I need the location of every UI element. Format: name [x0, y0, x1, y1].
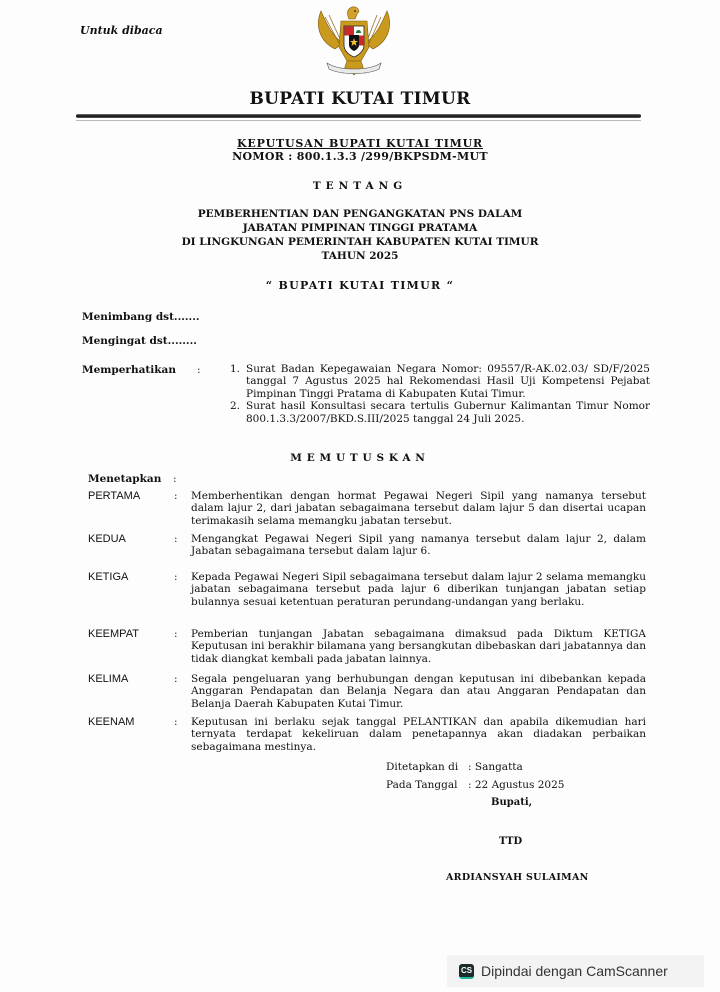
about-heading: TENTANG [0, 180, 720, 192]
signature-ttd: TTD [499, 836, 522, 847]
noting-item: 1. Surat Badan Kepegawaian Negara Nomor:… [230, 363, 650, 400]
considering-label: Menimbang dst....... [82, 311, 200, 323]
header-divider [76, 114, 641, 118]
signatory-name: ARDIANSYAH SULAIMAN [446, 872, 589, 883]
article-text: Segala pengeluaran yang berhubungan deng… [191, 673, 646, 710]
subject-line: TAHUN 2025 [0, 249, 720, 263]
article-text: Memberhentikan dengan hormat Pegawai Neg… [191, 490, 646, 527]
signing-place: Ditetapkan di: Sangatta [386, 761, 523, 773]
article-colon: : [174, 716, 178, 728]
noting-list: 1. Surat Badan Kepegawaian Negara Nomor:… [230, 363, 650, 425]
article-colon: : [174, 571, 178, 583]
article-label: KEDUA [88, 533, 126, 545]
article-colon: : [174, 490, 178, 502]
garuda-emblem-icon [313, 3, 395, 81]
signing-place-label: Ditetapkan di [386, 761, 468, 773]
signing-place-value: : Sangatta [468, 761, 523, 773]
noting-item-number: 2. [230, 400, 246, 425]
decision-subject: PEMBERHENTIAN DAN PENGANGKATAN PNS DALAM… [0, 207, 720, 263]
subject-line: JABATAN PIMPINAN TINGGI PRATAMA [0, 221, 720, 235]
header-divider-thin [76, 120, 641, 121]
signing-date: Pada Tanggal: 22 Agustus 2025 [386, 779, 564, 791]
scanned-document-page: Untuk dibaca BUPATI KUTAI TIMUR KEPUTUSA… [0, 0, 720, 992]
signing-date-label: Pada Tanggal [386, 779, 468, 791]
subject-line: DI LINGKUNGAN PEMERINTAH KABUPATEN KUTAI… [0, 235, 720, 249]
camscanner-label: Dipindai dengan CamScanner [481, 963, 668, 979]
camscanner-watermark: CS Dipindai dengan CamScanner [447, 955, 704, 987]
article-label: PERTAMA [88, 490, 140, 502]
article-label: KEEMPAT [88, 628, 139, 640]
decision-title: KEPUTUSAN BUPATI KUTAI TIMUR [0, 137, 720, 150]
article-text: Pemberian tunjangan Jabatan sebagaimana … [191, 628, 646, 665]
noting-item-number: 1. [230, 363, 246, 400]
noting-item-text: Surat hasil Konsultasi secara tertulis G… [246, 400, 650, 425]
article-colon: : [174, 673, 178, 685]
decide-heading: MEMUTUSKAN [0, 452, 720, 464]
noting-colon: : [197, 364, 201, 376]
signatory-role: Bupati, [491, 797, 532, 808]
stipulate-colon: : [173, 473, 177, 485]
article-text: Mengangkat Pegawai Negeri Sipil yang nam… [191, 533, 646, 558]
article-label: KEENAM [88, 716, 134, 728]
camscanner-logo-icon: CS [459, 964, 474, 979]
article-text: Kepada Pegawai Negeri Sipil sebagaimana … [191, 571, 646, 608]
noting-item: 2. Surat hasil Konsultasi secara tertuli… [230, 400, 650, 425]
decision-number: NOMOR : 800.1.3.3 /299/BKPSDM-MUT [0, 150, 720, 163]
stipulate-label: Menetapkan [88, 473, 161, 485]
noting-label: Memperhatikan [82, 364, 176, 376]
header-title: BUPATI KUTAI TIMUR [0, 89, 720, 109]
article-colon: : [174, 533, 178, 545]
article-colon: : [174, 628, 178, 640]
article-text: Keputusan ini berlaku sejak tanggal PELA… [191, 716, 646, 753]
subject-line: PEMBERHENTIAN DAN PENGANGKATAN PNS DALAM [0, 207, 720, 221]
signing-date-value: : 22 Agustus 2025 [468, 779, 564, 791]
article-label: KELIMA [88, 673, 128, 685]
article-label: KETIGA [88, 571, 128, 583]
noting-item-text: Surat Badan Kepegawaian Negara Nomor: 09… [246, 363, 650, 400]
regent-quote: “ BUPATI KUTAI TIMUR “ [0, 279, 720, 292]
recalling-label: Mengingat dst........ [82, 335, 197, 347]
for-reading-note: Untuk dibaca [80, 24, 163, 37]
